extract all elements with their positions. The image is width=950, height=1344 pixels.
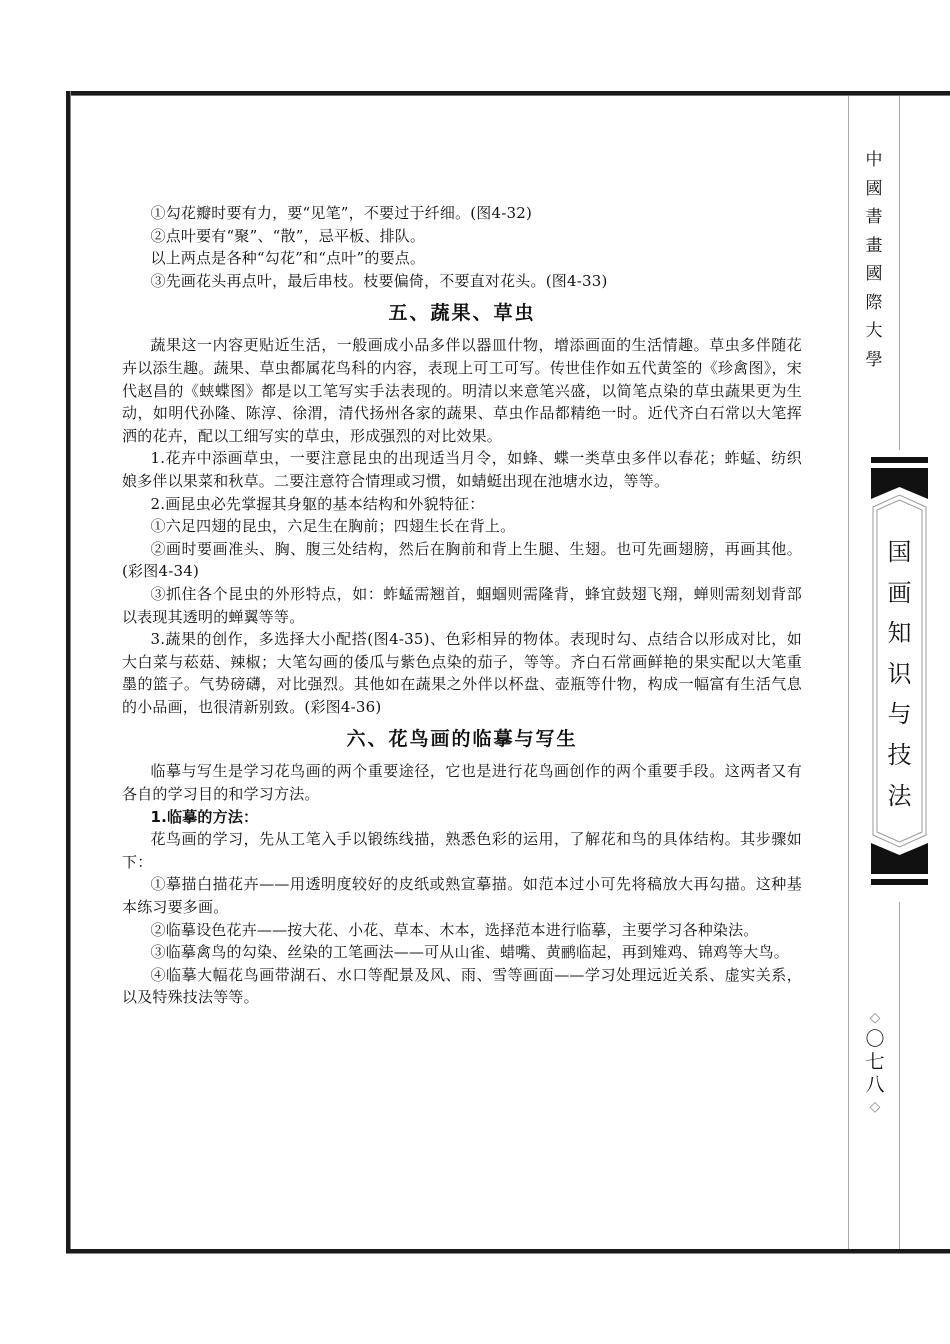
paragraph: ②临摹设色花卉——按大花、小花、草本、木本，选择范本进行临摹，主要学习各种染法。 bbox=[122, 919, 802, 942]
page-frame-bottom-border bbox=[66, 1249, 950, 1254]
paragraph: ③临摹禽鸟的勾染、丝染的工笔画法——可从山雀、蜡嘴、黄鹂临起，再到雉鸡、锦鸡等大… bbox=[122, 941, 802, 964]
page-frame-top-border bbox=[66, 91, 950, 96]
page-number-digit: 〇 bbox=[862, 1028, 888, 1051]
book-title-char: 技 bbox=[871, 735, 928, 776]
book-title-char: 国 bbox=[871, 532, 928, 573]
intro-item: ②点叶要有“聚”、“散”，忌平板、排队。 bbox=[122, 225, 802, 248]
book-title-char: 画 bbox=[871, 573, 928, 614]
book-title-char: 与 bbox=[871, 694, 928, 735]
paragraph: ①摹描白描花卉——用透明度较好的皮纸或熟宣摹描。如范本过小可先将稿放大再勾描。这… bbox=[122, 873, 802, 918]
paragraph: 花鸟画的学习，先从工笔入手以锻练线描，熟悉色彩的运用，了解花和鸟的具体结构。其步… bbox=[122, 828, 802, 873]
paragraph: ①六足四翅的昆虫，六足生在胸前；四翅生长在背上。 bbox=[122, 515, 802, 538]
publisher-char: 中 bbox=[861, 146, 887, 175]
section-heading-vegetables-insects: 五、蔬果、草虫 bbox=[122, 298, 802, 328]
paragraph: ③抓住各个昆虫的外形特点，如：蚱蜢需翘首，蝈蝈则需隆背，蜂宜鼓翅飞翔，蝉则需刻划… bbox=[122, 583, 802, 628]
intro-item: 以上两点是各种“勾花”和“点叶”的要点。 bbox=[122, 247, 802, 270]
book-title-char: 法 bbox=[871, 776, 928, 817]
book-title-vertical: 国 画 知 识 与 技 法 bbox=[871, 532, 928, 816]
diamond-ornament-icon: ◇ bbox=[862, 1097, 888, 1117]
sidebar-divider-line bbox=[848, 96, 849, 1249]
book-title-char: 识 bbox=[871, 654, 928, 695]
paragraph: 3.蔬果的创作，多选择大小配搭(图4-35)、色彩相异的物体。表现时勾、点结合以… bbox=[122, 628, 802, 718]
page-number-digit: 八 bbox=[862, 1074, 888, 1097]
diamond-ornament-icon: ◇ bbox=[862, 1008, 888, 1028]
publisher-char: 際 bbox=[861, 289, 887, 318]
paragraph: 蔬果这一内容更贴近生活，一般画成小品多伴以器皿什物，增添画面的生活情趣。草虫多伴… bbox=[122, 334, 802, 447]
sidebar-inner-line-bottom bbox=[899, 902, 900, 1249]
paragraph: 1.花卉中添画草虫，一要注意昆虫的出现适当月令，如蜂、蝶一类草虫多伴以春花；蚱蜢… bbox=[122, 447, 802, 492]
publisher-char: 畫 bbox=[861, 232, 887, 261]
paragraph: 临摹与写生是学习花鸟画的两个重要途径，它也是进行花鸟画创作的两个重要手段。这两者… bbox=[122, 760, 802, 805]
publisher-vertical-title: 中 國 書 畫 國 際 大 學 bbox=[861, 146, 887, 374]
intro-item: ③先画花头再点叶，最后串枝。枝要偏倚，不要直对花头。(图4-33) bbox=[122, 270, 802, 293]
publisher-char: 學 bbox=[861, 346, 887, 375]
book-title-banner: 国 画 知 识 与 技 法 bbox=[871, 457, 928, 885]
publisher-char: 國 bbox=[861, 175, 887, 204]
publisher-char: 國 bbox=[861, 260, 887, 289]
publisher-char: 書 bbox=[861, 203, 887, 232]
publisher-char: 大 bbox=[861, 317, 887, 346]
book-title-char: 知 bbox=[871, 613, 928, 654]
page-number: ◇ 〇 七 八 ◇ bbox=[862, 1008, 888, 1117]
page-frame-left-border bbox=[66, 91, 71, 1253]
page-number-digit: 七 bbox=[862, 1051, 888, 1074]
section-heading-copying-sketching: 六、花鸟画的临摹与写生 bbox=[122, 724, 802, 754]
paragraph: ②画时要画准头、胸、腹三处结构，然后在胸前和背上生腿、生翅。也可先画翅膀，再画其… bbox=[122, 538, 802, 583]
page-body: ①勾花瓣时要有力，要“见笔”，不要过于纤细。(图4-32) ②点叶要有“聚”、“… bbox=[122, 202, 802, 1009]
paragraph: 2.画昆虫必先掌握其身躯的基本结构和外貌特征： bbox=[122, 493, 802, 516]
intro-item: ①勾花瓣时要有力，要“见笔”，不要过于纤细。(图4-32) bbox=[122, 202, 802, 225]
paragraph: ④临摹大幅花鸟画带湖石、水口等配景及风、雨、雪等画面——学习处理远近关系、虚实关… bbox=[122, 964, 802, 1009]
subheading-copying-method: 1.临摹的方法： bbox=[122, 806, 802, 829]
sidebar-inner-line-top bbox=[899, 96, 900, 450]
